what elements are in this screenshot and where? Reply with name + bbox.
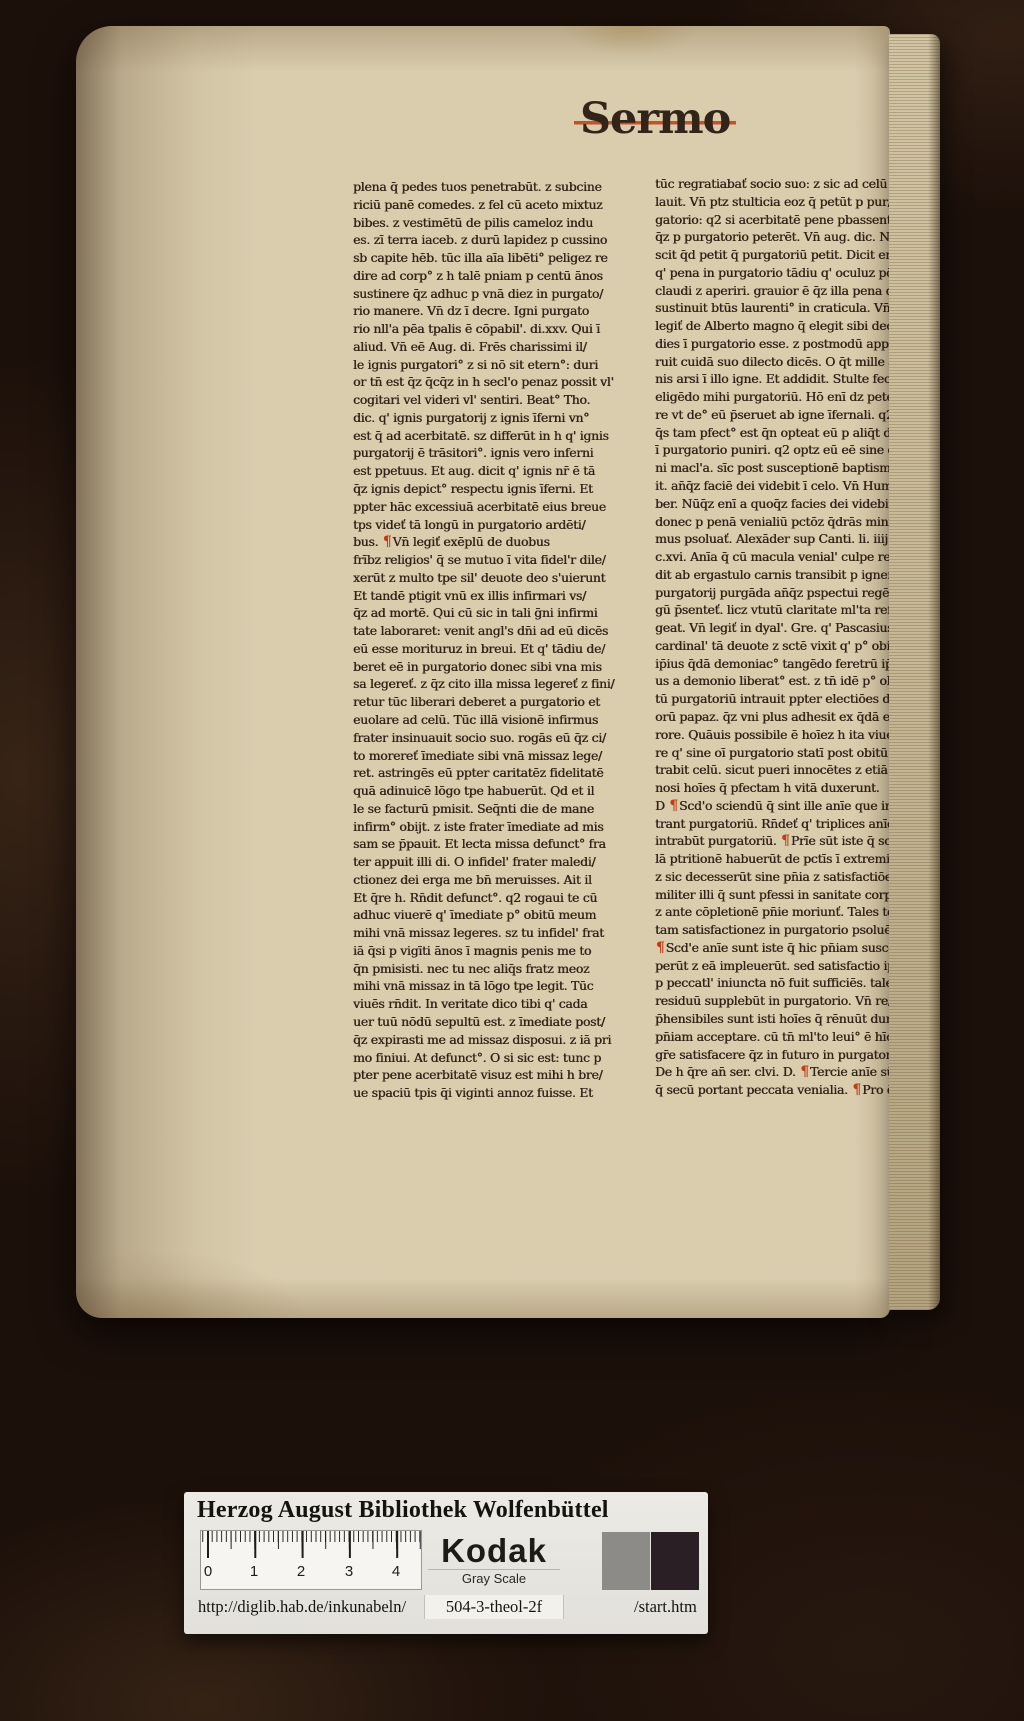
text-line: est ppetuus. Et aug. dicit q' ignis nr̄ … (353, 462, 644, 480)
text-line: ctionez dei erga me bn̄ meruisses. Ait i… (353, 871, 644, 889)
text-line: purgatorij ē trāsitori°. ignis vero infe… (353, 444, 644, 462)
text-line: le ignis purgatori° z si nō sit etern°: … (353, 356, 644, 374)
digitization-label-bar: Herzog August Bibliothek Wolfenbüttel 01… (184, 1492, 708, 1634)
rubric-pilcrow: ¶ (851, 1082, 862, 1098)
kodak-logo: Kodak (428, 1534, 560, 1568)
text-line: sam se p̄pauit. Et lecta missa defunct° … (353, 835, 644, 853)
text-line: q̄z ad mortē. Qui cū sic in tali ḡni inf… (353, 604, 644, 622)
text-line: adhuc viuerē q' īmediate p° obitū meum (353, 906, 644, 924)
text-line: or tn̄ est q̄z q̄cq̄z in h secl'o penaz … (353, 373, 644, 391)
text-line: bus. ¶Vn̄ legiť exēplū de duobus (353, 533, 644, 551)
text-line: ret. astringēs eū ppter caritatēz fideli… (353, 764, 644, 782)
ruler-numbers: 01234 (201, 1531, 421, 1589)
text-line: tps videť tā longū in purgatorio ardēti/ (353, 516, 644, 534)
text-line: cogitari vel videri vl' sentiri. Beat° T… (353, 391, 644, 409)
kodak-gray-scale-block: Kodak Gray Scale (428, 1534, 560, 1586)
text-line: riciū panē comedes. z fel cū aceto mixtu… (353, 196, 644, 214)
rubric-pilcrow: ¶ (780, 833, 791, 849)
text-line: to morereť īmediate sibi vnā missaz lege… (353, 747, 644, 765)
text-line: tate laboraret: venit angl's dn̄i ad eū … (353, 622, 644, 640)
kodak-subtitle: Gray Scale (428, 1569, 560, 1586)
text-line: uer tuū nōdū sepultū est. z īmediate pos… (353, 1013, 644, 1031)
shelfmark: 504-3-theol-2f (424, 1595, 564, 1619)
text-line: mihi vnā missaz legeres. sz tu infidel' … (353, 924, 644, 942)
text-line: iā q̄si p vigīti ānos ī magnis penis me … (353, 942, 644, 960)
running-title: Sermo (574, 94, 794, 144)
text-line: rio nll'a pēa tpalis ē cōpabil'. di.xxv.… (353, 320, 644, 338)
footer-links-row: http://diglib.hab.de/inkunabeln/ 504-3-t… (184, 1595, 708, 1621)
rubric-pilcrow: ¶ (382, 534, 393, 550)
text-line: mo finiui. At defunct°. O si sic est: tu… (353, 1049, 644, 1067)
text-line: frater insinuauit socio suo. rogās eū q̄… (353, 729, 644, 747)
text-line: beret eē in purgatorio donec sibi vna mi… (353, 658, 644, 676)
text-line: aliud. Vn̄ eē Aug. di. Frēs charissimi i… (353, 338, 644, 356)
text-column-left: plena q̄ pedes tuos penetrabūt. z subcin… (353, 178, 644, 1104)
ruler-number: 0 (201, 1563, 215, 1580)
rubric-pilcrow: ¶ (799, 1064, 810, 1080)
text-line: pter pene acerbitatē visuz est mihi h br… (353, 1066, 644, 1084)
text-line: rio manere. Vn̄ dz ī decre. Igni purgato (353, 302, 644, 320)
text-line: infirm° obijt. z iste frater īmediate ad… (353, 818, 644, 836)
text-line: quā adinuicē lōgo tpe habuerūt. Qd et il (353, 782, 644, 800)
text-line: mihi vnā missaz in tā lōgo tpe legit. Tū… (353, 977, 644, 995)
text-line: sa legereť. z q̄z cito illa missa legere… (353, 675, 644, 693)
book-scan-photo: Sermo plena q̄ pedes tuos penetrabūt. z … (0, 0, 1024, 1721)
text-line: dire ad corp° z h talē pniam p centū āno… (353, 267, 644, 285)
grayscale-patch-dark (651, 1532, 699, 1590)
text-line: retur tūc liberari deberet a purgatorio … (353, 693, 644, 711)
rubric-pilcrow: ¶ (668, 798, 679, 814)
text-line: frībz religios' q̄ se mutuo ī vita fidel… (353, 551, 644, 569)
text-line: sustinere q̄z adhuc p vnā diez in purgat… (353, 285, 644, 303)
text-line: q̄n pmisisti. nec tu nec aliq̄s fratz me… (353, 960, 644, 978)
grayscale-patch-gray (602, 1532, 650, 1590)
ruler-number: 4 (389, 1563, 403, 1580)
text-line: xerūt z multo tpe sil' deuote deo s'uier… (353, 569, 644, 587)
text-line: q̄z expirasti me ad missaz disposui. z i… (353, 1031, 644, 1049)
ruler: 01234 (200, 1530, 422, 1590)
text-line: ter appuit illi di. O infidel' frater ma… (353, 853, 644, 871)
running-title-text: Sermo (574, 94, 736, 144)
text-line: es. zī terra iaceb. z durū lapidez p cus… (353, 231, 644, 249)
text-line: euolare ad celū. Tūc illā visionē infirm… (353, 711, 644, 729)
book-page: Sermo plena q̄ pedes tuos penetrabūt. z … (76, 26, 890, 1318)
text-line: bibes. z vestimētū de pilis cameloz indu (353, 214, 644, 232)
text-line: le se facturū pmisit. Seq̄nti die de man… (353, 800, 644, 818)
text-line: sb capite hēb. tūc illa aīa libēti° peli… (353, 249, 644, 267)
text-line: ue spaciū tpis q̄i viginti annoz fuisse.… (353, 1084, 644, 1102)
text-line: eū esse morituruz in breui. Et q' tādiu … (353, 640, 644, 658)
text-line: q̄z ignis depict° respectu ignis īferni.… (353, 480, 644, 498)
ruler-number: 3 (342, 1563, 356, 1580)
text-line: plena q̄ pedes tuos penetrabūt. z subcin… (353, 178, 644, 196)
text-line: Et tandē ptigit vnū ex illis infirmari v… (353, 587, 644, 605)
ruler-number: 1 (247, 1563, 261, 1580)
text-line: est q̄ ad acerbitatē. sz differūt in h q… (353, 427, 644, 445)
text-line: Et q̄re h. Rn̄dit defunct°. q2 rogaui te… (353, 889, 644, 907)
start-page-path: /start.htm (634, 1597, 697, 1617)
base-url: http://diglib.hab.de/inkunabeln/ (198, 1597, 406, 1617)
book-fore-edge-pages (889, 34, 940, 1310)
text-line: viuēs rn̄dit. In veritate dico tibi q' c… (353, 995, 644, 1013)
text-line: ppter hāc excessiuā acerbitatē eius breu… (353, 498, 644, 516)
text-line: dic. q' ignis purgatorij z ignis īferni … (353, 409, 644, 427)
library-name: Herzog August Bibliothek Wolfenbüttel (197, 1497, 697, 1524)
rubric-pilcrow: ¶ (655, 940, 666, 956)
ruler-number: 2 (294, 1563, 308, 1580)
